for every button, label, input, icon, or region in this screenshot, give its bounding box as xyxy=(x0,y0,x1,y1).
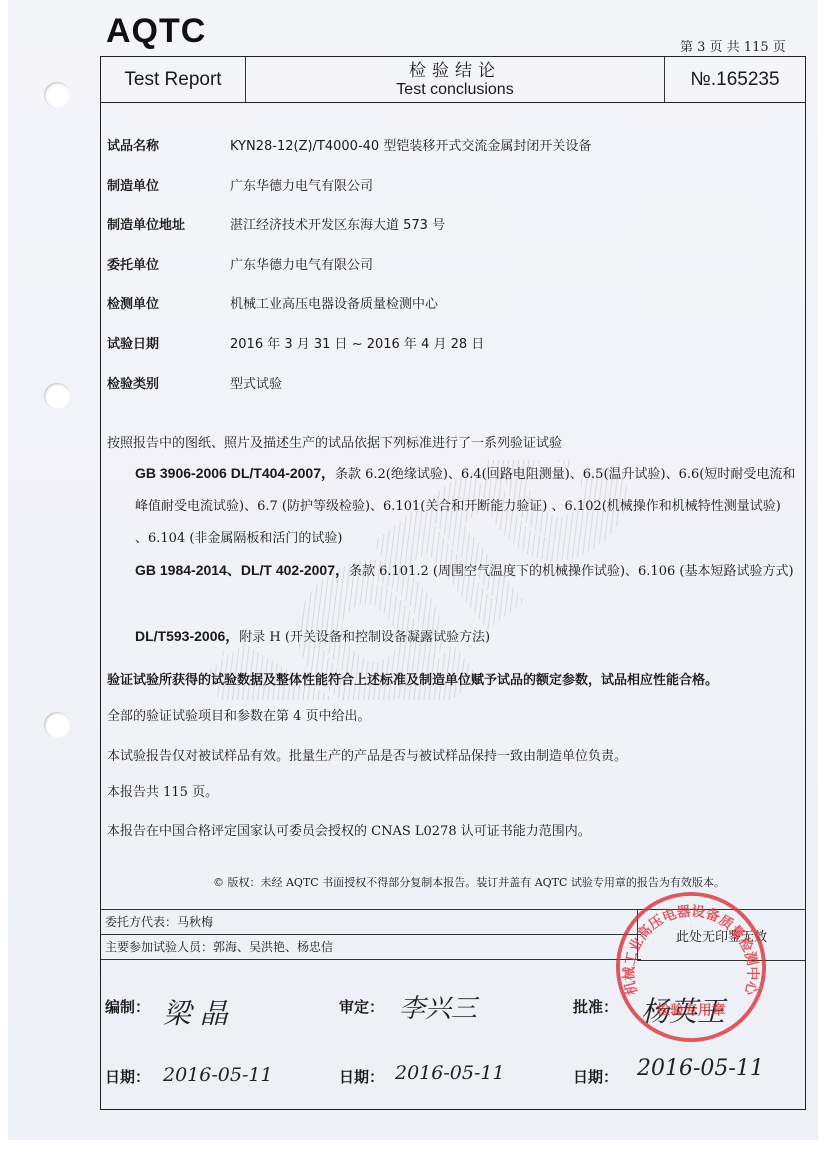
prepared-label: 编制： xyxy=(105,996,150,1017)
client-representative: 委托方代表：马秋梅 xyxy=(101,910,641,935)
field-value: 型式试验 xyxy=(230,373,282,392)
standard-2: GB 1984-2014、DL/T 402-2007，条款 6.101.2 (周… xyxy=(135,554,797,588)
note-validity: 本试验报告仅对被试样品有效。批量生产的产品是否与被试样品保持一致由制造单位负责。 xyxy=(107,745,797,764)
field-value: 2016 年 3 月 31 日 ~ 2016 年 4 月 28 日 xyxy=(230,333,484,352)
field-label: 检验类别 xyxy=(107,373,217,392)
test-participants: 主要参加试验人员：郭海、吴洪艳、杨忠信 xyxy=(101,935,641,960)
standard-clauses: 条款 6.101.2 (周围空气温度下的机械操作试验)、6.106 (基本短路试… xyxy=(349,564,794,579)
aqtc-logo: AQTC xyxy=(106,12,206,51)
report-number: №.165235 xyxy=(664,57,805,102)
field-value: 湛江经济技术开发区东海大道 573 号 xyxy=(230,214,445,233)
signature-section: 委托方代表：马秋梅 主要参加试验人员：郭海、吴洪艳、杨忠信 此处无印鉴无效 编制… xyxy=(101,909,805,1109)
approved-label: 批准： xyxy=(573,996,618,1017)
page-info: 第 3 页 共 115 页 xyxy=(680,36,786,55)
field-value: 广东华德力电气有限公司 xyxy=(230,175,373,194)
reviewed-signature: 李兴三 xyxy=(399,988,477,1025)
field-value: 机械工业高压电器设备质量检测中心 xyxy=(230,293,438,312)
report-frame: Test Report 检验结论 Test conclusions №.1652… xyxy=(100,56,806,1110)
prepared-date-label: 日期： xyxy=(105,1066,150,1087)
field-label: 试验日期 xyxy=(107,333,217,352)
intro-text: 按照报告中的图纸、照片及描述生产的试品依据下列标准进行了一系列验证试验 xyxy=(107,432,797,451)
standard-code: GB 3906-2006 DL/T404-2007， xyxy=(135,465,335,481)
note-items-listed: 全部的验证试验项目和参数在第 4 页中给出。 xyxy=(107,705,797,724)
title-cn: 检验结论 xyxy=(409,61,501,81)
report-label: Test Report xyxy=(101,57,246,102)
approved-date-label: 日期： xyxy=(573,1066,618,1087)
seal-note: 此处无印鉴无效 xyxy=(637,910,805,961)
note-page-count: 本报告共 115 页。 xyxy=(107,781,797,800)
punch-hole xyxy=(44,82,70,108)
field-label: 委托单位 xyxy=(107,254,217,273)
standard-1: GB 3906-2006 DL/T404-2007，条款 6.2(绝缘试验)、6… xyxy=(135,457,797,555)
conclusion-text: 验证试验所获得的试验数据及整体性能符合上述标准及制造单位赋予试品的额定参数，试品… xyxy=(107,669,797,688)
approved-signature: 杨英王 xyxy=(641,990,725,1030)
field-label: 检测单位 xyxy=(107,293,217,312)
prepared-signature: 梁 晶 xyxy=(163,992,228,1032)
punch-hole xyxy=(44,383,70,409)
standard-clauses: 附录 H (开关设备和控制设备凝露试验方法) xyxy=(239,630,490,645)
reviewed-label: 审定： xyxy=(339,996,384,1017)
copyright-notice: © 版权：未经 AQTC 书面授权不得部分复制本报告。装订并盖有 AQTC 试验… xyxy=(213,874,725,890)
punch-hole xyxy=(44,712,70,738)
standard-code: GB 1984-2014、DL/T 402-2007， xyxy=(135,562,349,578)
field-value: 广东华德力电气有限公司 xyxy=(230,254,373,273)
title-en: Test conclusions xyxy=(396,81,513,99)
approved-date: 2016-05-11 xyxy=(637,1056,764,1081)
reviewed-date: 2016-05-11 xyxy=(395,1062,505,1084)
report-header: Test Report 检验结论 Test conclusions №.1652… xyxy=(101,57,805,103)
reviewed-date-label: 日期： xyxy=(339,1066,384,1087)
field-label: 试品名称 xyxy=(107,135,217,154)
field-label: 制造单位地址 xyxy=(107,214,217,233)
prepared-date: 2016-05-11 xyxy=(163,1064,273,1086)
note-cnas: 本报告在中国合格评定国家认可委员会授权的 CNAS L0278 认可证书能力范围… xyxy=(107,820,797,839)
report-title: 检验结论 Test conclusions xyxy=(246,57,664,102)
standard-3: DL/T593-2006，附录 H (开关设备和控制设备凝露试验方法) xyxy=(135,620,797,654)
field-value: KYN28-12(Z)/T4000-40 型铠装移开式交流金属封闭开关设备 xyxy=(230,135,591,154)
field-label: 制造单位 xyxy=(107,175,217,194)
standard-code: DL/T593-2006， xyxy=(135,628,239,644)
